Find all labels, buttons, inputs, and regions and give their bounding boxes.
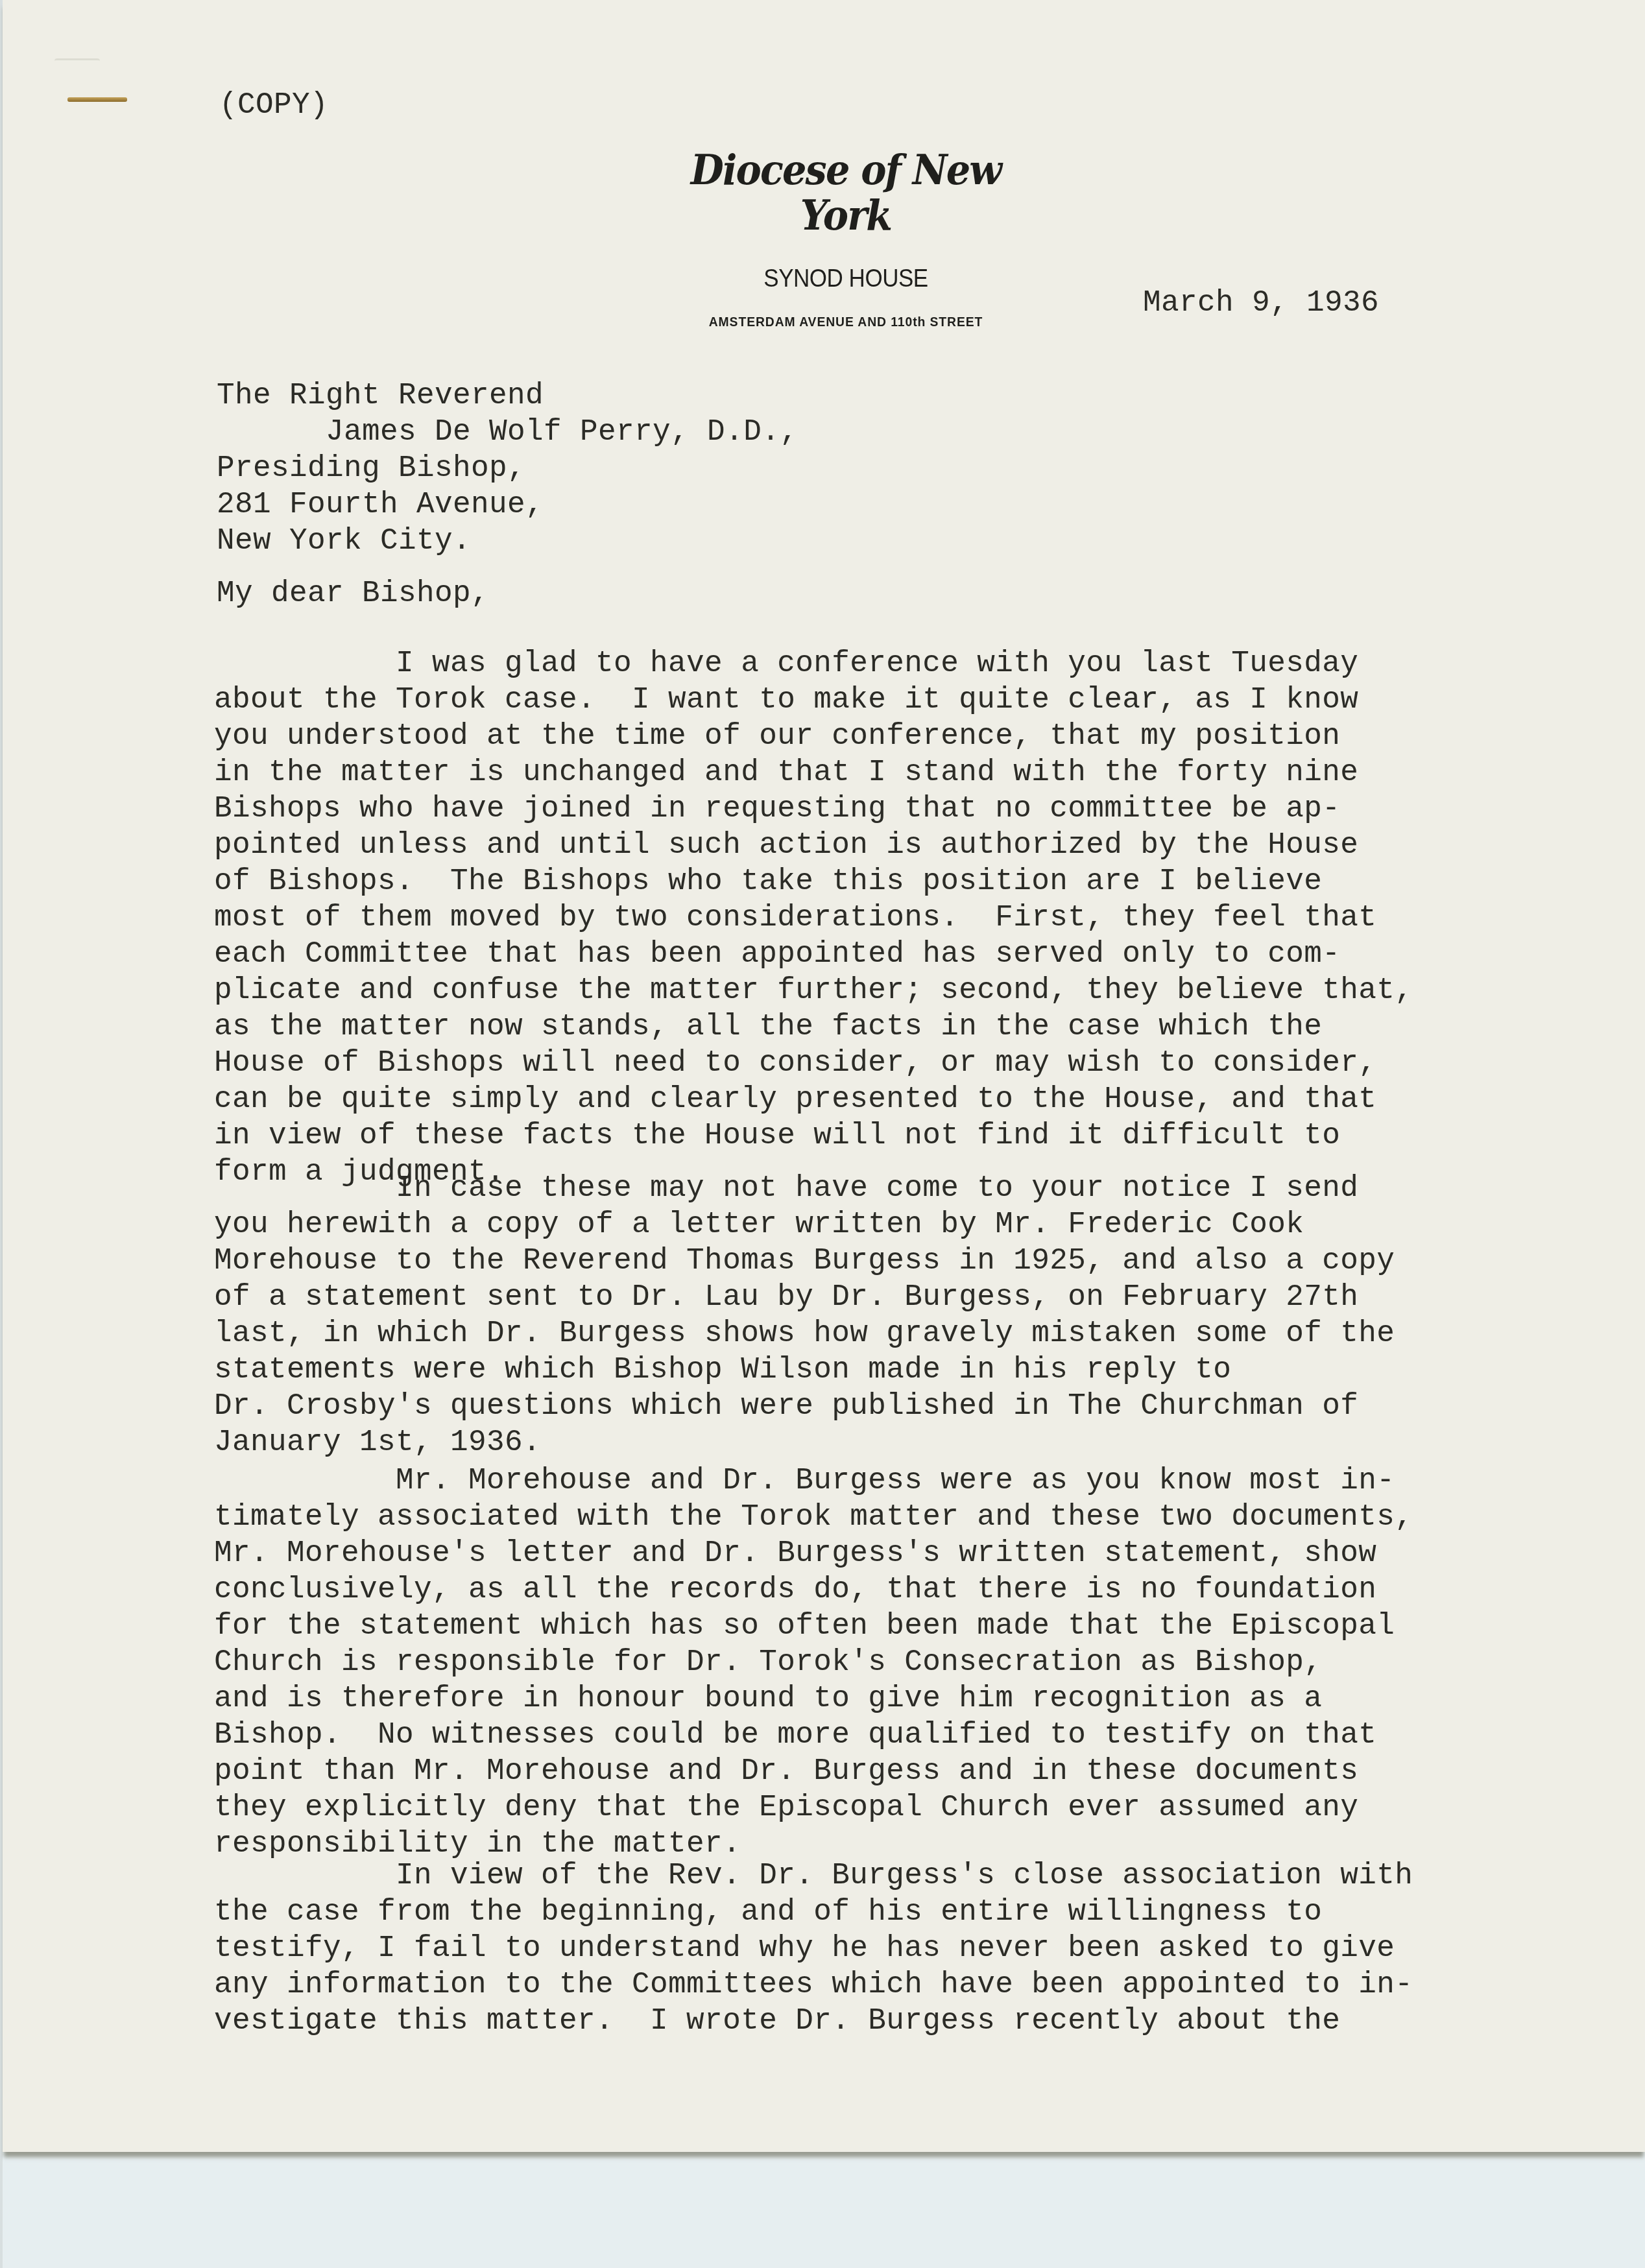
text-line: conclusively, as all the records do, tha… (214, 1571, 1413, 1608)
text-line: vestigate this matter. I wrote Dr. Burge… (214, 2003, 1413, 2039)
text-line: in view of these facts the House will no… (214, 1117, 1413, 1154)
text-line: plicate and confuse the matter further; … (214, 972, 1413, 1009)
text-line: the case from the beginning, and of his … (214, 1894, 1413, 1930)
text-line: Mr. Morehouse's letter and Dr. Burgess's… (214, 1535, 1413, 1571)
letterhead-address: AMSTERDAM AVENUE AND 110th STREET (643, 314, 1049, 331)
text-line: Mr. Morehouse and Dr. Burgess were as yo… (214, 1462, 1413, 1499)
text-line: Bishop. No witnesses could be more quali… (214, 1717, 1413, 1753)
text-line: point than Mr. Morehouse and Dr. Burgess… (214, 1753, 1413, 1789)
text-line: of Bishops. The Bishops who take this po… (214, 863, 1413, 900)
staple-hole-mark (54, 58, 100, 67)
body-paragraph: I was glad to have a conference with you… (214, 645, 1413, 1190)
text-line: as the matter now stands, all the facts … (214, 1009, 1413, 1045)
text-line: January 1st, 1936. (214, 1424, 1395, 1461)
body-paragraph: In view of the Rev. Dr. Burgess's close … (214, 1857, 1413, 2039)
letter-page: (COPY) Diocese of New York SYNOD HOUSE A… (3, 0, 1645, 2152)
text-line: each Committee that has been appointed h… (214, 936, 1413, 972)
letterhead-subtitle: SYNOD HOUSE (643, 265, 1049, 293)
text-line: most of them moved by two considerations… (214, 900, 1413, 936)
letterhead: Diocese of New York SYNOD HOUSE AMSTERDA… (625, 148, 1066, 331)
letter-date: March 9, 1936 (1143, 285, 1379, 321)
salutation: My dear Bishop, (217, 575, 489, 612)
addressee-line: The Right Reverend (217, 377, 798, 414)
text-line: timately associated with the Torok matte… (214, 1499, 1413, 1535)
text-line: statements were which Bishop Wilson made… (214, 1352, 1395, 1388)
addressee-line: New York City. (217, 523, 798, 559)
text-line: House of Bishops will need to consider, … (214, 1045, 1413, 1081)
text-line: pointed unless and until such action is … (214, 827, 1413, 863)
addressee-line: James De Wolf Perry, D.D., (217, 414, 798, 450)
text-line: testify, I fail to understand why he has… (214, 1930, 1413, 1966)
text-line: Church is responsible for Dr. Torok's Co… (214, 1644, 1413, 1680)
text-line: for the statement which has so often bee… (214, 1608, 1413, 1644)
text-line: Dr. Crosby's questions which were publis… (214, 1388, 1395, 1424)
text-line: last, in which Dr. Burgess shows how gra… (214, 1315, 1395, 1352)
copy-mark: (COPY) (219, 87, 328, 123)
addressee-line: Presiding Bishop, (217, 450, 798, 486)
text-line: responsibility in the matter. (214, 1826, 1413, 1862)
text-line: any information to the Committees which … (214, 1966, 1413, 2003)
text-line: you herewith a copy of a letter written … (214, 1206, 1395, 1243)
text-line: and is therefore in honour bound to give… (214, 1680, 1413, 1717)
addressee-block: The Right Reverend James De Wolf Perry, … (217, 377, 798, 559)
staple-icon (67, 97, 127, 102)
text-line: I was glad to have a conference with you… (214, 645, 1413, 682)
text-line: Bishops who have joined in requesting th… (214, 791, 1413, 827)
text-line: of a statement sent to Dr. Lau by Dr. Bu… (214, 1279, 1395, 1315)
addressee-line: 281 Fourth Avenue, (217, 486, 798, 523)
text-line: they explicitly deny that the Episcopal … (214, 1789, 1413, 1826)
text-line: In case these may not have come to your … (214, 1170, 1395, 1206)
letterhead-title: Diocese of New York (643, 148, 1049, 239)
text-line: in the matter is unchanged and that I st… (214, 754, 1413, 791)
body-paragraph: Mr. Morehouse and Dr. Burgess were as yo… (214, 1462, 1413, 1862)
body-paragraph: In case these may not have come to your … (214, 1170, 1395, 1461)
text-line: In view of the Rev. Dr. Burgess's close … (214, 1857, 1413, 1894)
text-line: you understood at the time of our confer… (214, 718, 1413, 754)
text-line: can be quite simply and clearly presente… (214, 1081, 1413, 1117)
text-line: Morehouse to the Reverend Thomas Burgess… (214, 1243, 1395, 1279)
text-line: about the Torok case. I want to make it … (214, 682, 1413, 718)
